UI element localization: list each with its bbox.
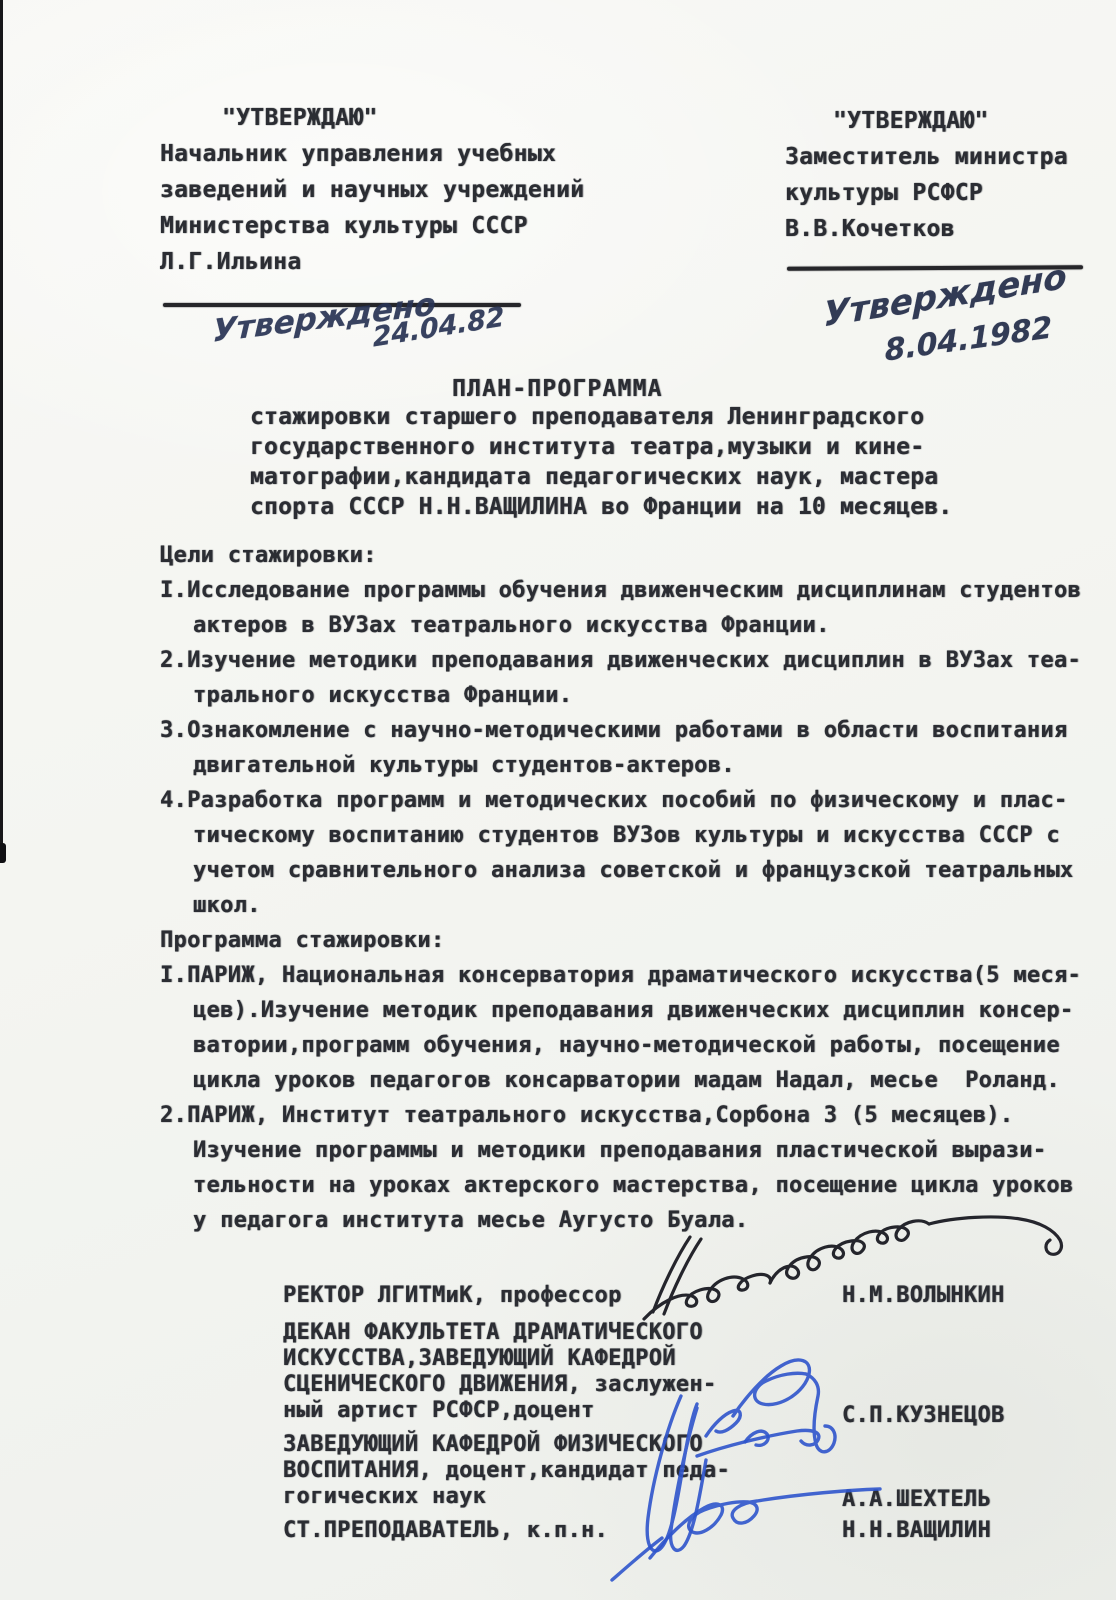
role-line: гогических наук <box>283 1484 730 1510</box>
approval-right-line: В.В.Кочетков <box>785 211 1068 247</box>
subtitle-line: спорта СССР Н.Н.ВАЩИЛИНА во Франции на 1… <box>250 492 952 522</box>
goal-item-line: трального искусства Франции. <box>160 678 1081 713</box>
goal-item-line: 4.Разработка программ и методических пос… <box>160 783 1081 818</box>
program-item-line: тельности на уроках актерского мастерств… <box>160 1168 1081 1203</box>
signatory-name-kuznetsov: С.П.КУЗНЕЦОВ <box>842 1398 1005 1433</box>
goal-item-line: учетом сравнительного анализа советской … <box>160 853 1081 888</box>
approval-left-line: заведений и научных учреждений <box>160 172 584 208</box>
goal-item-line: актеров в ВУЗах театрального искусства Ф… <box>160 608 1081 643</box>
program-item-line: цикла уроков педагогов консарватории мад… <box>160 1063 1081 1098</box>
role-line: ВОСПИТАНИЯ, доцент,кандидат педа- <box>283 1458 730 1484</box>
scan-edge-blob <box>0 843 6 863</box>
approval-right-line: Заместитель министра <box>785 139 1068 175</box>
role-line: ИСКУССТВА,ЗАВЕДУЮЩИЙ КАФЕДРОЙ <box>283 1346 716 1372</box>
program-item-line: I.ПАРИЖ, Национальная консерватория драм… <box>160 958 1081 993</box>
role-line: СЦЕНИЧЕСКОГО ДВИЖЕНИЯ, заслужен- <box>283 1372 716 1398</box>
subtitle-line: стажировки старшего преподавателя Ленинг… <box>250 402 952 432</box>
document-subtitle: стажировки старшего преподавателя Ленинг… <box>250 402 952 522</box>
signatory-role-dean: ДЕКАН ФАКУЛЬТЕТА ДРАМАТИЧЕСКОГО ИСКУССТВ… <box>283 1320 716 1424</box>
goal-item-line: тическому воспитанию студентов ВУЗов кул… <box>160 818 1081 853</box>
role-line: ный артист РСФСР,доцент <box>283 1398 716 1424</box>
approval-left-line: Л.Г.Ильина <box>160 244 584 280</box>
approval-block-right: "УТВЕРЖДАЮ" Заместитель министра культур… <box>785 103 1068 247</box>
signatory-role-rector: РЕКТОР ЛГИТМиК, профессор <box>283 1278 622 1313</box>
subtitle-line: государственного института театра,музыки… <box>250 432 952 462</box>
program-item-line: Изучение программы и методики преподаван… <box>160 1133 1081 1168</box>
approval-block-left: "УТВЕРЖДАЮ" Начальник управления учебных… <box>160 100 584 280</box>
goal-item-line: двигательной культуры студентов-актеров. <box>160 748 1081 783</box>
signatory-name-shekhtel: А.А.ШЕХТЕЛЬ <box>842 1482 991 1517</box>
approval-left-line: Министерства культуры СССР <box>160 208 584 244</box>
scan-edge-line <box>0 0 3 862</box>
goals-heading: Цели стажировки: <box>160 538 1081 573</box>
approval-left-title: "УТВЕРЖДАЮ" <box>160 100 584 136</box>
role-line: ЗАВЕДУЮЩИЙ КАФЕДРОЙ ФИЗИЧЕСКОГО <box>283 1432 730 1458</box>
approval-left-line: Начальник управления учебных <box>160 136 584 172</box>
program-item-line: ватории,программ обучения, научно-методи… <box>160 1028 1081 1063</box>
document-body: Цели стажировки: I.Исследование программ… <box>160 538 1081 1238</box>
goal-item-line: школ. <box>160 888 1081 923</box>
signatory-name-volynkin: Н.М.ВОЛЫНКИН <box>842 1278 1005 1313</box>
approval-right-line: культуры РСФСР <box>785 175 1068 211</box>
approval-right-title: "УТВЕРЖДАЮ" <box>785 103 1068 139</box>
signatory-name-vashchilin: Н.Н.ВАЩИЛИН <box>842 1513 991 1548</box>
goal-item-line: I.Исследование программы обучения движен… <box>160 573 1081 608</box>
goal-item-line: 3.Ознакомление с научно-методическими ра… <box>160 713 1081 748</box>
signatory-role-senior-lecturer: СТ.ПРЕПОДАВАТЕЛЬ, к.п.н. <box>283 1513 608 1548</box>
goal-item-line: 2.Изучение методики преподавания движенч… <box>160 643 1081 678</box>
signatory-role-head-pe: ЗАВЕДУЮЩИЙ КАФЕДРОЙ ФИЗИЧЕСКОГО ВОСПИТАН… <box>283 1432 730 1510</box>
program-item-line: 2.ПАРИЖ, Институт театрального искусства… <box>160 1098 1081 1133</box>
subtitle-line: матографии,кандидата педагогических наук… <box>250 462 952 492</box>
role-line: ДЕКАН ФАКУЛЬТЕТА ДРАМАТИЧЕСКОГО <box>283 1320 716 1346</box>
program-item-line: у педагога института месье Аугусто Буала… <box>160 1203 1081 1238</box>
program-heading: Программа стажировки: <box>160 923 1081 958</box>
program-item-line: цев).Изучение методик преподавания движе… <box>160 993 1081 1028</box>
